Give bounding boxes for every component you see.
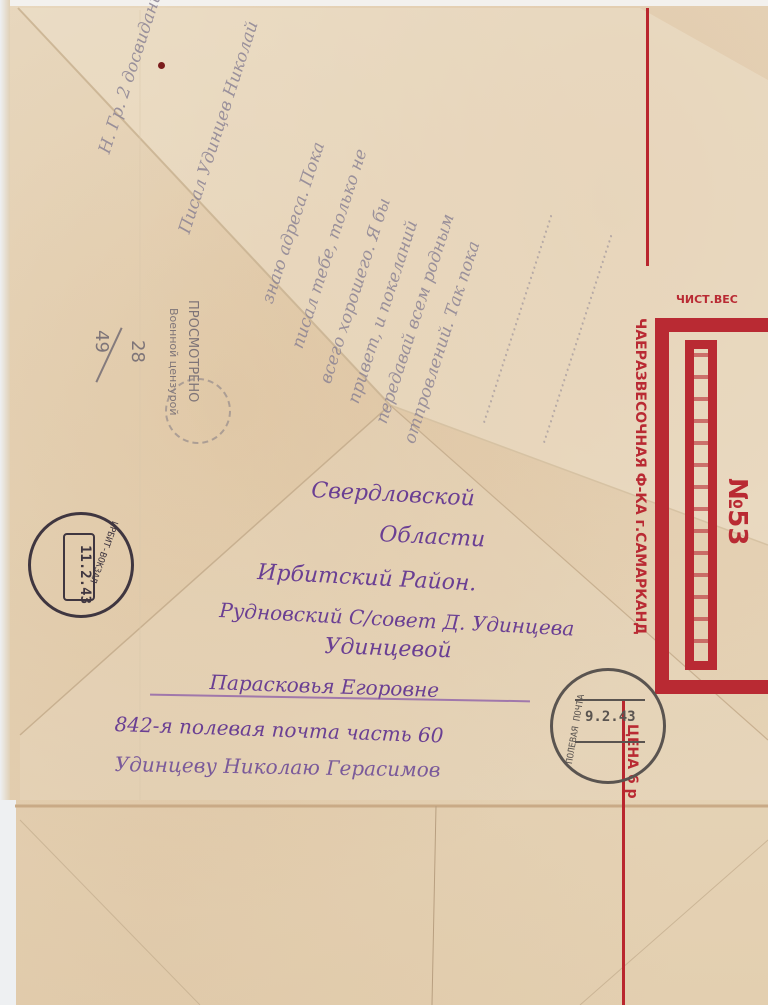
label-ornament xyxy=(685,340,717,670)
factory-text: ЧАЕРАЗВЕСОЧНАЯ Ф-КА г.САМАРКАНД xyxy=(632,318,648,635)
censor-number: 28 xyxy=(127,340,148,363)
ink-spot xyxy=(158,62,165,69)
postmark-date: 9.2.43 xyxy=(585,709,636,725)
postmark-date: 11.2.43 xyxy=(77,545,93,604)
censor-fraction: 49 xyxy=(91,330,112,353)
label-number: №53 xyxy=(722,478,752,545)
right-postmark: ПОЛЕВАЯ ПОЧТА 9.2.43 xyxy=(550,668,666,784)
censor-ring xyxy=(165,378,231,444)
net-weight-text: ЧИСТ.ВЕС xyxy=(676,293,738,306)
left-postmark: ИРБИТ-ВОКЗАЛ 11.2.43 xyxy=(28,512,134,618)
red-rule-line xyxy=(646,8,649,266)
letter-scan: отпровлений. Так пока передавай всем род… xyxy=(0,0,768,1005)
address-recipient-surname: Удинцевой xyxy=(324,634,452,663)
